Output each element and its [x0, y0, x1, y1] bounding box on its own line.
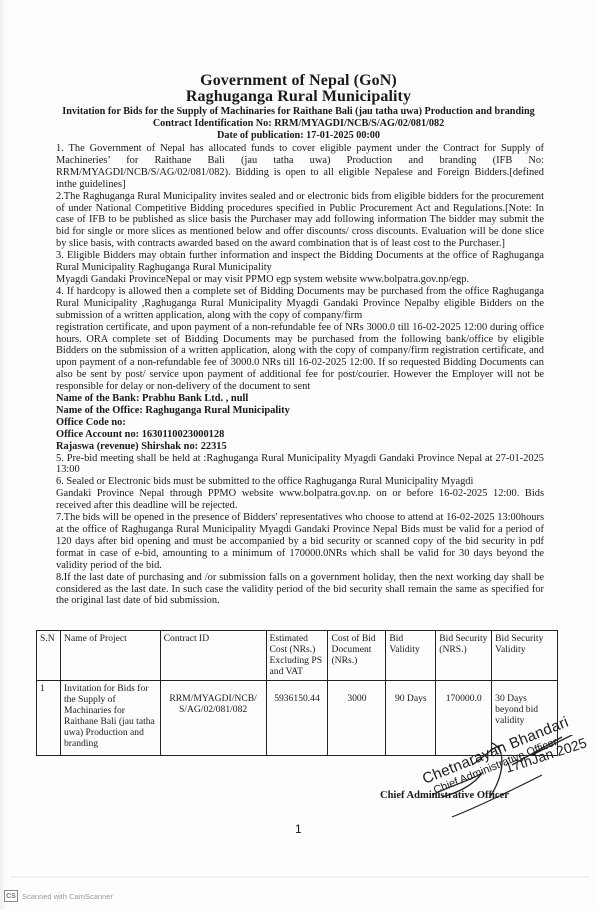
header-validity: Bid Validity: [386, 631, 436, 681]
paragraph-5: 5. Pre-bid meeting shall be held at :Rag…: [56, 453, 544, 477]
header-contract-id: Contract ID: [160, 631, 266, 681]
paragraph-6b: Gandaki Province Nepal through PPMO webs…: [56, 488, 544, 512]
paragraph-1: 1. The Government of Nepal has allocated…: [56, 143, 544, 191]
cell-doc-cost: 3000: [328, 681, 386, 756]
header-security: Bid Security (NRS.): [436, 631, 492, 681]
office-account: Office Account no: 1630110023000128: [56, 429, 544, 441]
cell-sn: 1: [37, 681, 61, 756]
page-number: 1: [295, 822, 302, 836]
camscanner-text: Scanned with CamScanner: [22, 892, 113, 901]
table-header-row: S.N Name of Project Contract ID Estimate…: [37, 631, 558, 681]
bank-name: Name of the Bank: Prabhu Bank Ltd. , nul…: [56, 393, 544, 405]
cell-name: Invitation for Bids for the Supply of Ma…: [60, 681, 160, 756]
header-security-validity: Bid Security Validity: [492, 631, 558, 681]
cell-estimated-cost: 5936150.44: [266, 681, 328, 756]
paragraph-7: 7.The bids will be opened in the presenc…: [56, 512, 544, 572]
header-name: Name of Project: [60, 631, 160, 681]
office-code: Office Code no:: [56, 417, 544, 429]
office-name: Name of the Office: Raghuganga Rural Mun…: [56, 405, 544, 417]
scan-shadow: [10, 876, 590, 878]
title-municipality: Raghuganga Rural Municipality: [0, 88, 597, 106]
invitation-heading: Invitation for Bids for the Supply of Ma…: [0, 106, 597, 117]
paragraph-3b: Myagdi Gandaki ProvinceNepal or may visi…: [56, 274, 544, 286]
notice-body: 1. The Government of Nepal has allocated…: [56, 143, 544, 607]
paragraph-6a: 6. Sealed or Electronic bids must be sub…: [56, 476, 544, 488]
publication-date: Date of publication: 17-01-2025 00:00: [0, 130, 597, 141]
document-page: Government of Nepal (GoN) Raghuganga Rur…: [0, 0, 597, 910]
paragraph-8: 8.If the last date of purchasing and /or…: [56, 572, 544, 608]
contract-id-heading: Contract Identification No: RRM/MYAGDI/N…: [0, 118, 597, 129]
header-estimated-cost: Estimated Cost (NRs.) Excluding PS and V…: [266, 631, 328, 681]
paragraph-3a: 3. Eligible Bidders may obtain further i…: [56, 250, 544, 274]
revenue-head: Rajaswa (revenue) Shirshak no: 22315: [56, 441, 544, 453]
camscanner-logo-icon: CS: [4, 890, 18, 902]
header-doc-cost: Cost of Bid Document (NRs.): [328, 631, 386, 681]
camscanner-watermark: CS Scanned with CamScanner: [4, 890, 113, 902]
paragraph-2: 2.The Raghuganga Rural Municipality invi…: [56, 191, 544, 251]
paragraph-4a: 4. If hardcopy is allowed then a complet…: [56, 286, 544, 322]
header-sn: S.N: [37, 631, 61, 681]
paragraph-4b: registration certificate, and upon payme…: [56, 322, 544, 393]
cell-contract-id: RRM/MYAGDI/NCB/ S/AG/02/081/082: [160, 681, 266, 756]
